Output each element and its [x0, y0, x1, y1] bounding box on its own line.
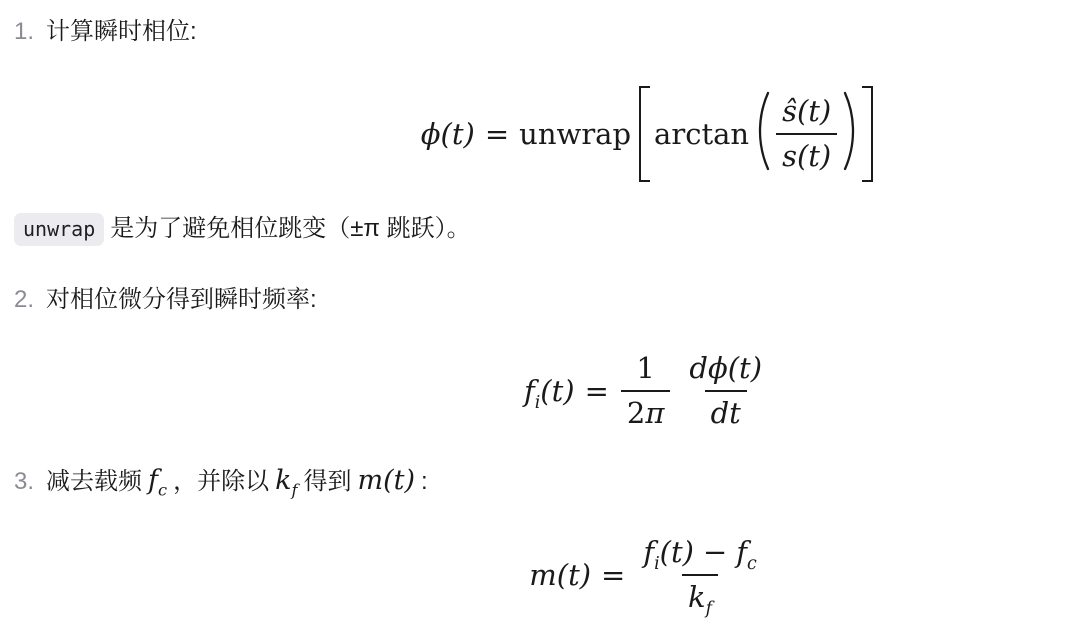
list-item-2: 2.对相位微分得到瞬时频率: [14, 284, 1080, 316]
list-item-3-text-2: ，并除以 [173, 468, 269, 495]
equals-sign: = [485, 117, 509, 151]
equals-sign: = [585, 374, 609, 408]
message-fraction: fi(t)−fc kf [637, 536, 762, 615]
list-item-1-text: 计算瞬时相位: [46, 18, 197, 45]
dphi-dt-fraction: dϕ(t) dt [683, 352, 768, 431]
phase-fraction: ŝ(t) s(t) [776, 95, 837, 174]
minus-sign: − [703, 535, 727, 569]
one-over-two-pi-fraction: 1 2π [621, 352, 671, 431]
left-paren-icon [757, 91, 770, 178]
phase-frac-numerator: ŝ(t) [776, 95, 837, 133]
message-frac-numerator: fi(t)−fc [637, 536, 762, 574]
left-square-bracket [639, 86, 650, 182]
list-item-2-text: 对相位微分得到瞬时频率: [46, 286, 317, 313]
message-lhs: m(t) [529, 558, 591, 592]
formula-freq-line: fi(t) = 1 2π dϕ(t) dt [524, 352, 770, 431]
right-square-bracket [862, 86, 873, 182]
formula-message-line: m(t) = fi(t)−fc kf [529, 536, 764, 615]
inline-code-unwrap: unwrap [14, 213, 104, 246]
inline-math-mt: m(t) [357, 465, 415, 496]
formula-message-signal: m(t) = fi(t)−fc kf [14, 536, 1080, 615]
formula-instantaneous-phase: ϕ(t) = unwrap arctan ŝ(t) s(t) [14, 86, 1080, 182]
list-number-3: 3. [14, 468, 34, 495]
message-content: 1.计算瞬时相位: ϕ(t) = unwrap arctan ŝ(t) s(t)… [0, 0, 1080, 614]
freq-frac1-numerator: 1 [630, 352, 660, 390]
inline-math-kf: kf [275, 465, 297, 496]
list-item-3-colon: : [421, 468, 428, 495]
list-number-1: 1. [14, 18, 34, 45]
arctan-function: arctan [654, 117, 749, 151]
phase-frac-denominator: s(t) [776, 133, 837, 173]
unwrap-operator: unwrap [519, 117, 631, 151]
list-item-3: 3.减去载频fc，并除以kf得到m(t): [14, 461, 1080, 502]
right-paren-icon [843, 91, 856, 178]
formula-instantaneous-frequency: fi(t) = 1 2π dϕ(t) dt [14, 352, 1080, 431]
freq-lhs: fi(t) [524, 374, 575, 408]
freq-frac2-numerator: dϕ(t) [683, 352, 768, 390]
list-item-1: 1.计算瞬时相位: [14, 16, 1080, 48]
inline-math-fc: fc [148, 465, 167, 496]
phase-lhs: ϕ(t) [421, 117, 475, 151]
unwrap-note: unwrap是为了避免相位跳变（±π 跳跃）。 [14, 212, 1080, 246]
equals-sign: = [601, 558, 625, 592]
freq-frac1-denominator: 2π [621, 390, 671, 430]
unwrap-note-text: 是为了避免相位跳变（±π 跳跃）。 [110, 215, 470, 242]
list-number-2: 2. [14, 286, 34, 313]
list-item-3-text-3: 得到 [303, 468, 351, 495]
freq-frac2-denominator: dt [705, 390, 747, 430]
message-frac-denominator: kf [682, 574, 718, 614]
list-item-3-text-1: 减去载频 [46, 468, 142, 495]
formula-phase-line: ϕ(t) = unwrap arctan ŝ(t) s(t) [421, 86, 873, 182]
